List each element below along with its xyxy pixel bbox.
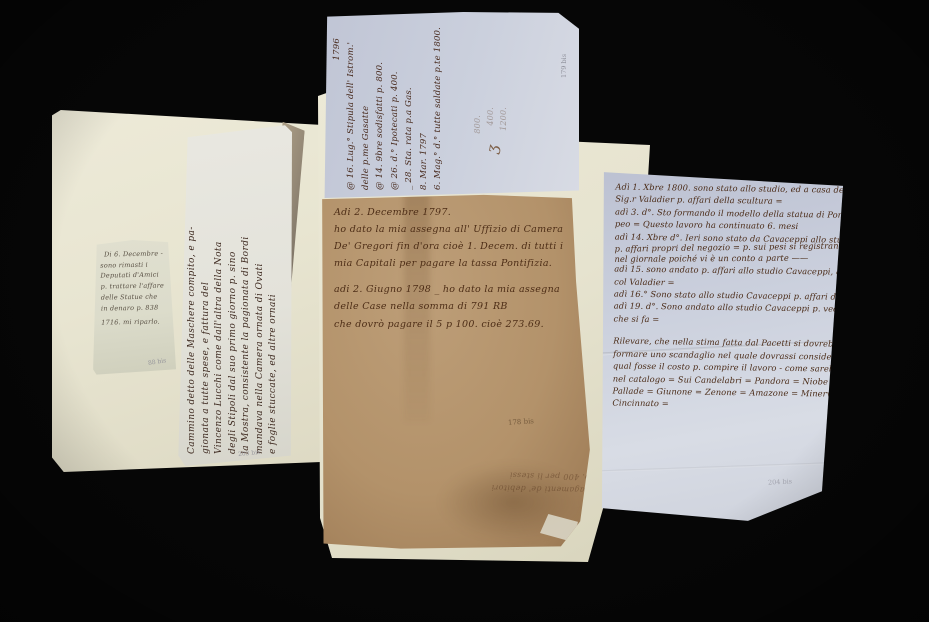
manuscript-line: 1200.	[498, 107, 511, 177]
paper-top-receipt: 1796@ 16. Lug.° Stipula dell' Istrom.'de…	[322, 12, 579, 198]
manuscript-line: Cammino detto delle Maschere compito, e …	[186, 134, 200, 454]
manuscript-line: 8. Mar. 1797	[417, 30, 431, 190]
fold-crease	[595, 462, 851, 473]
manuscript-line: mia Capitali per pagare la tassa Pontifi…	[334, 255, 580, 272]
manuscript-line: adi 2. Giugno 1798 _ ho dato la mia asse…	[334, 281, 580, 298]
paper-left-strip: Cammino detto delle Maschere compito, e …	[176, 120, 292, 466]
manuscript-line: _ 28. Sta. rata p.a Gas.	[402, 30, 416, 190]
manuscript-line: nel giornale poiché vi è un conto a part…	[614, 251, 840, 265]
manuscript-text-vertical: 1796@ 16. Lug.° Stipula dell' Istrom.'de…	[330, 30, 452, 190]
manuscript-line: Cincinnato =	[612, 397, 838, 413]
photo-stage: Cammino detto delle Maschere compito, e …	[0, 0, 929, 622]
manuscript-line: De' Gregori fin d'ora cioè 1. Decem. di …	[334, 238, 580, 255]
manuscript-line: 800.	[472, 107, 485, 177]
manuscript-text-vertical: Cammino detto delle Maschere compito, e …	[186, 134, 282, 454]
manuscript-line: mandava nella Camera ornata di Ovati	[254, 134, 268, 454]
manuscript-line: delle Case nella somma di 791 RB	[334, 298, 580, 315]
archival-number: 88 bis	[147, 357, 166, 367]
manuscript-line: delle p.me Gasatte	[359, 30, 373, 190]
manuscript-line: in denaro p. 838	[101, 302, 168, 314]
manuscript-text: Adi 2. Decembre 1797.ho dato la mia asse…	[318, 192, 580, 333]
manuscript-line: 400.	[485, 107, 498, 177]
manuscript-line: e foglie stuccate, ed altre ornati	[267, 134, 281, 454]
manuscript-line: che dovrò pagare il 5 p 100. cioè 273.69…	[334, 316, 580, 333]
manuscript-line: degli Stipoli dal suo primo giorno p. si…	[227, 134, 241, 454]
manuscript-line: @ 14. 9bre sodisfatti p. 800.	[373, 30, 387, 190]
manuscript-line: @ 26. d.° Ipotecati p. 400.	[388, 30, 402, 190]
paper-small-slip: Di 6. Decembre -sono rimasti iDeputati d…	[91, 239, 176, 374]
archival-number: 178 bis	[508, 417, 534, 427]
manuscript-text: Adì 1. Xbre 1800. sono stato allo studio…	[598, 168, 841, 412]
manuscript-line: la Mostra, consistente la pagionata di B…	[240, 134, 254, 454]
manuscript-line: gionata a tutte spese, e fattura del	[200, 134, 214, 454]
manuscript-text: Di 6. Decembre -sono rimasti iDeputati d…	[91, 239, 176, 328]
manuscript-line: 1796	[330, 30, 344, 190]
manuscript-line: ho dato la mia assegna all' Uffizio di C…	[334, 221, 580, 238]
inverted-text-fragment: Pagamenti de' debitorip. 400 per li stes…	[414, 465, 607, 508]
faint-sum-figures: 800.400.1200.	[472, 107, 514, 177]
archival-number: 204 bis	[768, 477, 792, 486]
manuscript-line: Adi 2. Decembre 1797.	[334, 204, 580, 221]
archival-number: 179 bis	[560, 28, 572, 78]
manuscript-line: @ 16. Lug.° Stipula dell' Istrom.'	[344, 30, 358, 190]
archival-number: 203 bis	[238, 449, 261, 458]
manuscript-line: 1716. mi riparlo.	[101, 317, 168, 329]
paper-right-diary: Adì 1. Xbre 1800. sono stato allo studio…	[600, 170, 845, 523]
paper-center-memo: Adi 2. Decembre 1797.ho dato la mia asse…	[318, 192, 594, 550]
manuscript-line: Vincenzo Lucchi come dall'altra della No…	[213, 134, 227, 454]
manuscript-line: 6. Mag.° d.° tutte saldate p.te 1800.	[431, 30, 445, 190]
